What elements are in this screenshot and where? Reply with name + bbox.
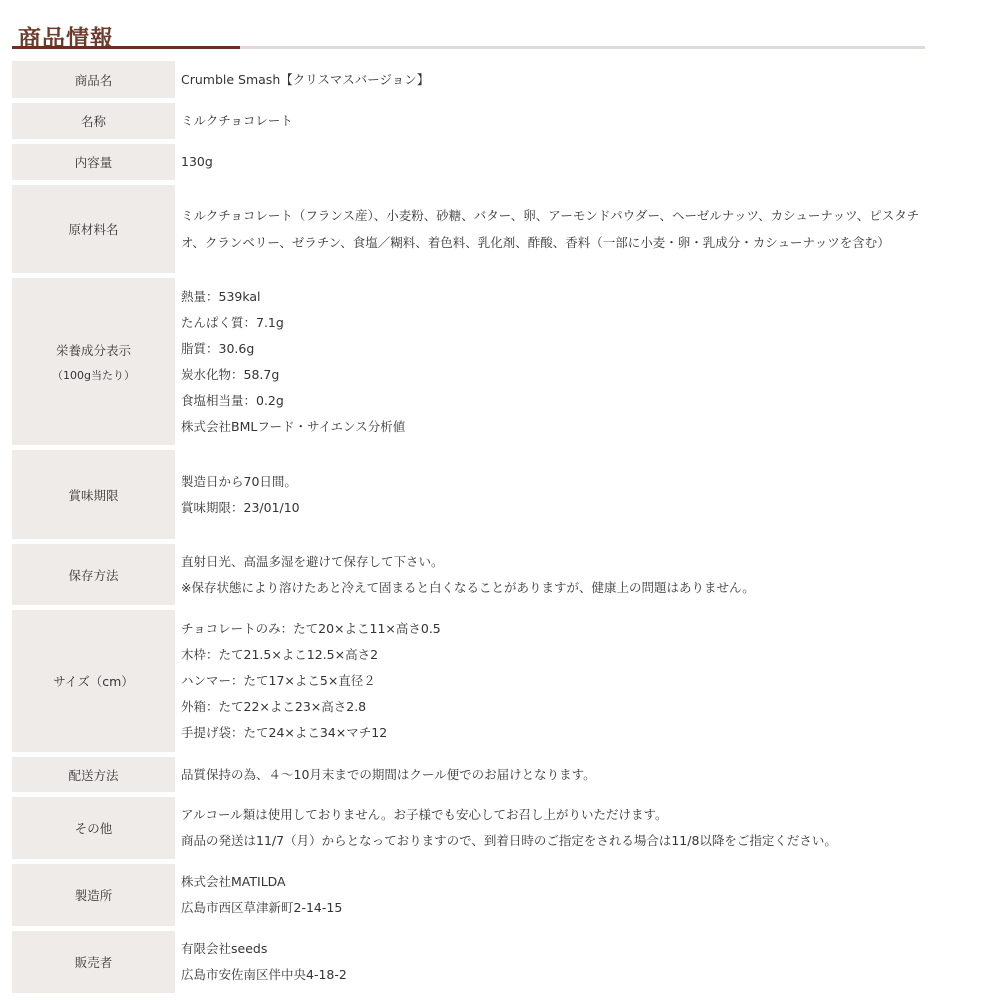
value-line: ミルクチョコレート [181,108,925,134]
table-row-shipping: 配送方法 品質保持の為、４〜10月末までの期間はクール便でのお届けとなります。 [12,757,925,792]
row-value: 有限会社seeds 広島市安佐南区伴中央4-18-2 [175,931,925,993]
table-row-size: サイズ（cm） チョコレートのみ：たて20×よこ11×高さ0.5 木枠：たて21… [12,610,925,752]
row-label: 栄養成分表示 （100g当たり） [12,278,175,445]
value-line: 手提げ袋：たて24×よこ34×マチ12 [181,720,925,746]
nutrition-carbohydrate: 炭水化物：58.7g [181,362,925,388]
section-heading: 商品情報 [18,23,114,55]
row-label: 原材料名 [12,185,175,273]
row-label-text: 内容量 [75,153,113,171]
table-row-product-name: 商品名 Crumble Smash【クリスマスバージョン】 [12,61,925,98]
row-label-text: サイズ（cm） [53,672,134,690]
heading-underline [12,46,925,49]
value-line: 広島市西区草津新町2-14-15 [181,895,925,921]
nutrition-protein: たんぱく質：7.1g [181,310,925,336]
value-line: 品質保持の為、４〜10月末までの期間はクール便でのお届けとなります。 [181,762,925,788]
value-line: 130g [181,149,925,175]
row-label-text: 原材料名 [68,220,118,238]
table-row-ingredients: 原材料名 ミルクチョコレート（フランス産）、小麦粉、砂糖、バター、卵、アーモンド… [12,185,925,273]
value-line: 直射日光、高温多湿を避けて保存して下さい。 [181,549,925,575]
value-line: 有限会社seeds [181,936,925,962]
row-value: アルコール類は使用しておりません。お子様でも安心してお召し上がりいただけます。 … [175,797,925,859]
value-line: 株式会社MATILDA [181,869,925,895]
row-label: その他 [12,797,175,859]
value-line: Crumble Smash【クリスマスバージョン】 [181,67,925,93]
table-row-storage: 保存方法 直射日光、高温多湿を避けて保存して下さい。 ※保存状態により溶けたあと… [12,544,925,605]
value-line: 賞味期限：23/01/10 [181,495,925,521]
table-row-best-before: 賞味期限 製造日から70日間。 賞味期限：23/01/10 [12,450,925,539]
value-line: ハンマー：たて17×よこ5×直径２ [181,668,925,694]
table-row-content-amount: 内容量 130g [12,144,925,180]
row-label: 賞味期限 [12,450,175,539]
value-line: 外箱：たて22×よこ23×高さ2.8 [181,694,925,720]
table-row-nutrition: 栄養成分表示 （100g当たり） 熱量：539kal たんぱく質：7.1g 脂質… [12,278,925,445]
row-label: 内容量 [12,144,175,180]
value-line: 広島市安佐南区伴中央4-18-2 [181,962,925,988]
table-row-other: その他 アルコール類は使用しておりません。お子様でも安心してお召し上がりいただけ… [12,797,925,859]
ingredients-text: ミルクチョコレート（フランス産）、小麦粉、砂糖、バター、卵、アーモンドパウダー、… [181,202,925,256]
row-label: 製造所 [12,864,175,926]
row-label: 商品名 [12,61,175,98]
row-value: 品質保持の為、４〜10月末までの期間はクール便でのお届けとなります。 [175,757,925,792]
row-value: 株式会社MATILDA 広島市西区草津新町2-14-15 [175,864,925,926]
value-line: 商品の発送は11/7（月）からとなっておりますので、到着日時のご指定をされる場合… [181,828,925,854]
row-value: 製造日から70日間。 賞味期限：23/01/10 [175,450,925,539]
row-value: ミルクチョコレート（フランス産）、小麦粉、砂糖、バター、卵、アーモンドパウダー、… [175,185,925,273]
nutrition-fat: 脂質：30.6g [181,336,925,362]
table-row-seller: 販売者 有限会社seeds 広島市安佐南区伴中央4-18-2 [12,931,925,993]
row-sublabel: （100g当たり） [52,367,135,383]
table-row-name: 名称 ミルクチョコレート [12,103,925,139]
row-value: ミルクチョコレート [175,103,925,139]
heading-underline-accent [12,46,240,49]
nutrition-energy: 熱量：539kal [181,284,925,310]
row-label-text: その他 [75,819,113,837]
value-line: 製造日から70日間。 [181,469,925,495]
nutrition-source: 株式会社BMLフード・サイエンス分析値 [181,414,925,440]
nutrition-salt: 食塩相当量：0.2g [181,388,925,414]
row-label: サイズ（cm） [12,610,175,752]
row-label-text: 販売者 [75,953,113,971]
row-label: 販売者 [12,931,175,993]
row-value: 130g [175,144,925,180]
row-value: Crumble Smash【クリスマスバージョン】 [175,61,925,98]
row-label-text: 賞味期限 [68,486,118,504]
row-label-text: 配送方法 [68,766,118,784]
product-info-table: 商品名 Crumble Smash【クリスマスバージョン】 名称 ミルクチョコレ… [12,61,925,998]
row-label: 名称 [12,103,175,139]
row-label: 配送方法 [12,757,175,792]
value-line: アルコール類は使用しておりません。お子様でも安心してお召し上がりいただけます。 [181,802,925,828]
value-line: ※保存状態により溶けたあと冷えて固まると白くなることがありますが、健康上の問題は… [181,575,925,601]
row-label-text: 栄養成分表示 [56,341,131,359]
row-label-text: 製造所 [75,886,113,904]
table-row-manufacturer: 製造所 株式会社MATILDA 広島市西区草津新町2-14-15 [12,864,925,926]
row-value: チョコレートのみ：たて20×よこ11×高さ0.5 木枠：たて21.5×よこ12.… [175,610,925,752]
row-label-text: 保存方法 [68,566,118,584]
row-label-text: 名称 [81,112,106,130]
value-line: チョコレートのみ：たて20×よこ11×高さ0.5 [181,616,925,642]
row-value: 熱量：539kal たんぱく質：7.1g 脂質：30.6g 炭水化物：58.7g… [175,278,925,445]
value-line: 木枠：たて21.5×よこ12.5×高さ2 [181,642,925,668]
row-value: 直射日光、高温多湿を避けて保存して下さい。 ※保存状態により溶けたあと冷えて固ま… [175,544,925,605]
row-label: 保存方法 [12,544,175,605]
row-label-text: 商品名 [75,71,113,89]
